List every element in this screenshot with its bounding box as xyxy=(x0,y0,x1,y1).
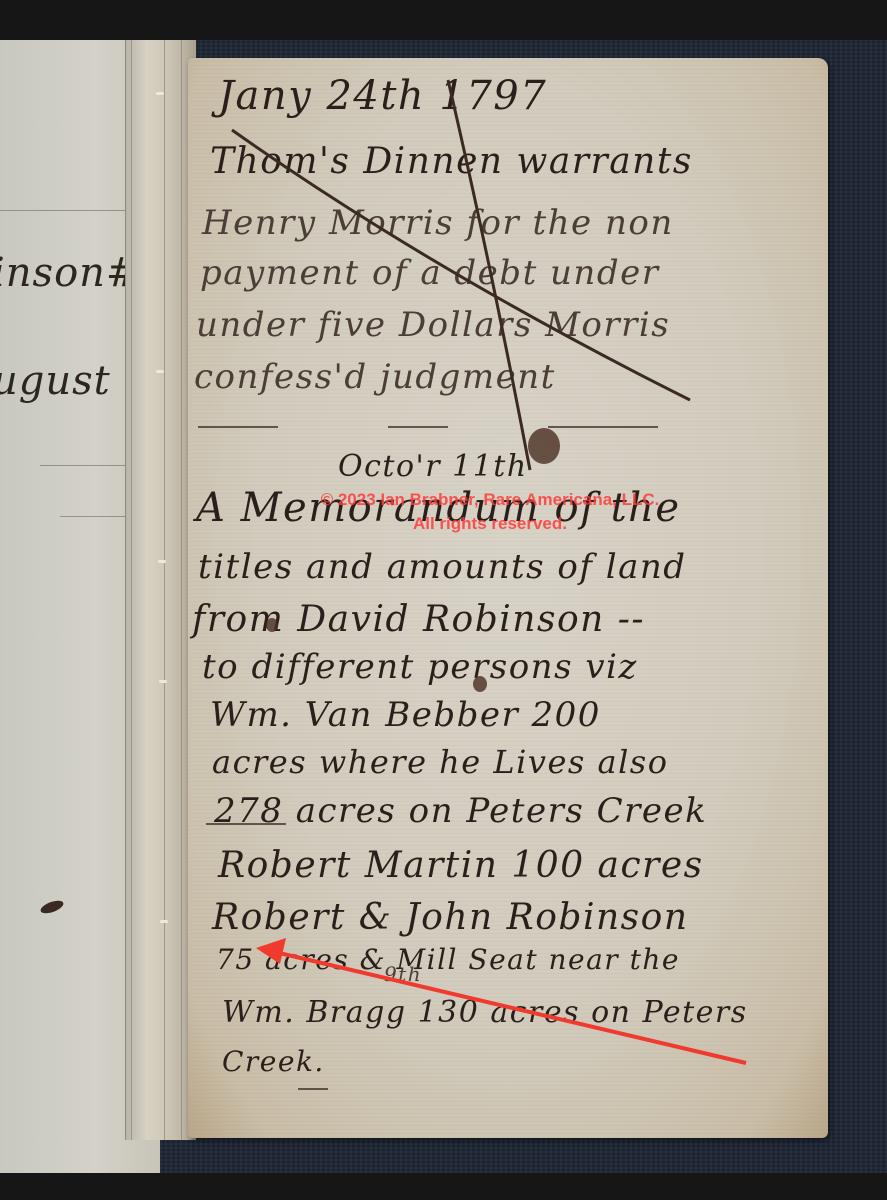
entry-line: acres where he Lives also xyxy=(212,746,668,778)
entry-line: payment of a debt under xyxy=(200,256,659,290)
entry-line: Creek. xyxy=(222,1048,325,1076)
left-page-fragment: inson# xyxy=(0,250,140,296)
binding-stitch xyxy=(156,92,164,95)
entry-line: from David Robinson -- xyxy=(192,602,645,638)
separator-rule xyxy=(388,426,448,428)
ink-blot xyxy=(266,618,278,632)
entry-date: Octo'r 11th xyxy=(338,452,528,482)
separator-rule xyxy=(298,1088,328,1090)
binding-stitch xyxy=(160,920,168,923)
ink-blot xyxy=(39,898,65,916)
inserted-note: 9th xyxy=(384,964,422,984)
fold-line xyxy=(164,40,165,1140)
separator-rule xyxy=(548,426,658,428)
entry-date: Jany 24th 1797 xyxy=(218,76,547,116)
manuscript-page: Jany 24th 1797 Thom's Dinnen warrants He… xyxy=(188,58,828,1138)
manuscript-photo: inson# ugust Jany 24th 1797 Thom's Dinne… xyxy=(0,40,887,1173)
entry-line: Henry Morris for the non xyxy=(202,206,674,240)
ruled-line xyxy=(0,210,140,211)
watermark-line: © 2023 Ian Brabner, Rare Americana, LLC. xyxy=(230,488,750,512)
entry-line: under five Dollars Morris xyxy=(196,308,670,342)
left-page-fragment: ugust xyxy=(0,358,111,404)
binding-stitch xyxy=(156,370,164,373)
ink-blot xyxy=(473,676,487,692)
entry-line: Robert Martin 100 acres xyxy=(218,848,704,884)
copyright-watermark: © 2023 Ian Brabner, Rare Americana, LLC.… xyxy=(230,488,750,536)
fold-line xyxy=(181,40,182,1140)
entry-line: 278 acres on Peters Creek xyxy=(214,794,707,828)
entry-line: confess'd judgment xyxy=(194,360,556,394)
entry-line: 75 acres & Mill Seat near the xyxy=(216,946,680,974)
entry-line: Thom's Dinnen warrants xyxy=(210,144,693,180)
watermark-line: All rights reserved. xyxy=(230,512,750,536)
binding-stitch xyxy=(159,680,167,683)
binding-stitch xyxy=(158,560,166,563)
entry-line: Robert & John Robinson xyxy=(212,900,689,936)
book-spine-gutter xyxy=(125,40,196,1140)
fold-line xyxy=(131,40,132,1140)
entry-line: to different persons viz xyxy=(202,650,638,684)
entry-line: Wm. Bragg 130 acres on Peters xyxy=(222,998,748,1028)
separator-rule xyxy=(198,426,278,428)
entry-line: Wm. Van Bebber 200 xyxy=(210,698,601,732)
ink-blot xyxy=(528,428,560,464)
separator-rule xyxy=(206,823,286,825)
entry-line: titles and amounts of land xyxy=(198,550,687,584)
